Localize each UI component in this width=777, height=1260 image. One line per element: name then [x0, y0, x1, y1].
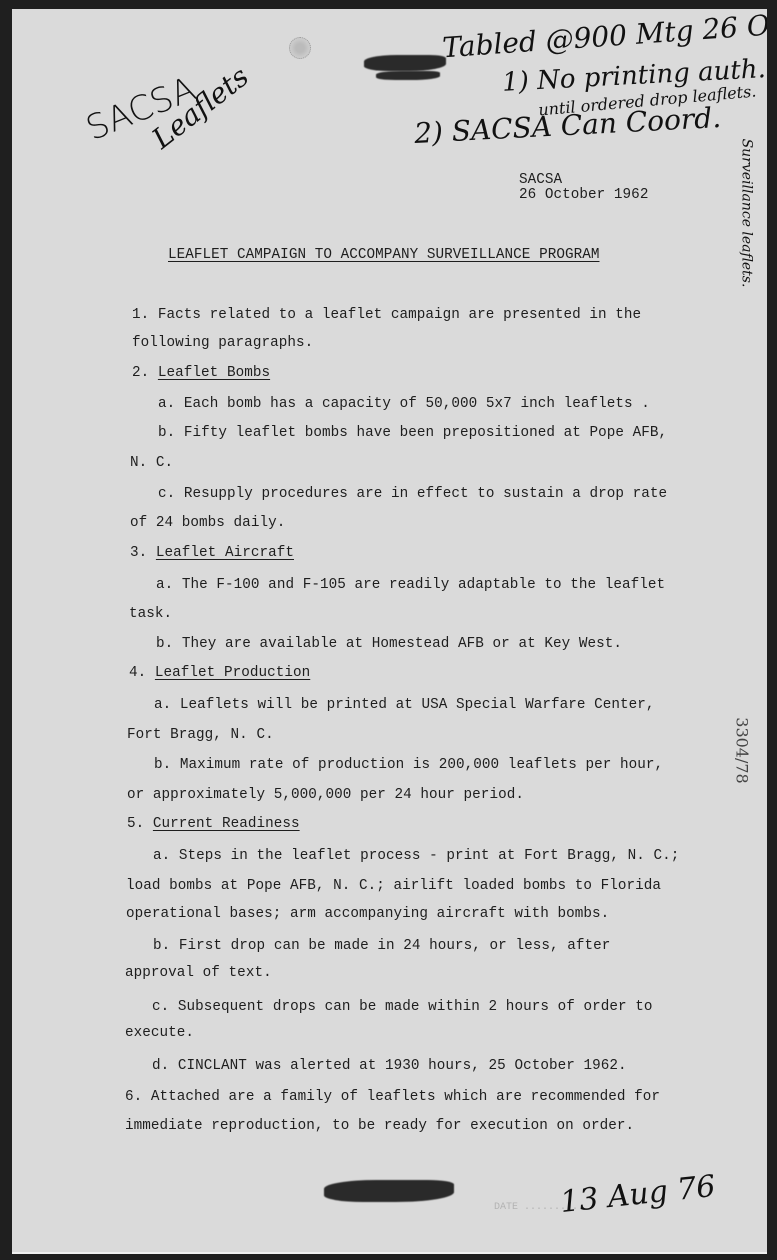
redaction-mark-top-2	[376, 71, 440, 80]
section-title: Leaflet Aircraft	[156, 545, 294, 561]
declassification-stamp-date-label: DATE	[494, 1202, 518, 1213]
para-6-line-1: 6. Attached are a family of leaflets whi…	[125, 1089, 660, 1105]
para-2c-line-2: of 24 bombs daily.	[130, 515, 285, 531]
redaction-mark-top	[364, 55, 446, 71]
section-2-heading: 2. Leaflet Bombs	[132, 365, 270, 381]
para-3b: b. They are available at Homestead AFB o…	[156, 636, 622, 652]
para-2b-line-2: N. C.	[130, 455, 173, 471]
para-2c-line-1: c. Resupply procedures are in effect to …	[158, 486, 667, 502]
handwritten-margin-number: 3304/78	[733, 717, 752, 783]
para-5b-line-2: approval of text.	[125, 965, 272, 981]
section-number: 3.	[130, 545, 147, 561]
section-title: Leaflet Production	[155, 665, 310, 681]
para-1-line-2: following paragraphs.	[132, 335, 313, 351]
section-number: 2.	[132, 365, 149, 381]
punch-hole-mark	[289, 37, 311, 59]
document-title: LEAFLET CAMPAIGN TO ACCOMPANY SURVEILLAN…	[168, 247, 599, 263]
para-6-line-2: immediate reproduction, to be ready for …	[125, 1118, 634, 1134]
section-number: 4.	[129, 665, 146, 681]
para-2a: a. Each bomb has a capacity of 50,000 5x…	[158, 396, 650, 412]
para-4b-line-2: or approximately 5,000,000 per 24 hour p…	[127, 787, 524, 803]
section-3-heading: 3. Leaflet Aircraft	[130, 545, 294, 561]
para-3a-line-1: a. The F-100 and F-105 are readily adapt…	[156, 577, 665, 593]
document-page: SACSA Leaflets Tabled @900 Mtg 26 Oct 1)…	[12, 9, 767, 1254]
header-date: 26 October 1962	[519, 187, 648, 203]
para-4b-line-1: b. Maximum rate of production is 200,000…	[154, 757, 663, 773]
para-2b-line-1: b. Fifty leaflet bombs have been preposi…	[158, 425, 667, 441]
header-office: SACSA	[519, 172, 562, 188]
section-4-heading: 4. Leaflet Production	[129, 665, 310, 681]
para-4a-line-1: a. Leaflets will be printed at USA Speci…	[154, 697, 655, 713]
para-5c-line-2: execute.	[125, 1025, 194, 1041]
redaction-mark-bottom	[324, 1180, 454, 1202]
para-5d: d. CINCLANT was alerted at 1930 hours, 2…	[152, 1058, 627, 1074]
section-title: Leaflet Bombs	[158, 365, 270, 381]
section-number: 5.	[127, 816, 144, 832]
para-4a-line-2: Fort Bragg, N. C.	[127, 727, 274, 743]
para-5c-line-1: c. Subsequent drops can be made within 2…	[152, 999, 653, 1015]
para-1-line-1: 1. Facts related to a leaflet campaign a…	[132, 307, 641, 323]
section-title: Current Readiness	[153, 816, 300, 832]
para-5a-line-1: a. Steps in the leaflet process - print …	[153, 848, 679, 864]
section-5-heading: 5. Current Readiness	[127, 816, 300, 832]
para-5b-line-1: b. First drop can be made in 24 hours, o…	[153, 938, 610, 954]
para-5a-line-2: load bombs at Pope AFB, N. C.; airlift l…	[126, 878, 661, 894]
para-5a-line-3: operational bases; arm accompanying airc…	[126, 906, 609, 922]
handwritten-margin-surveillance: Surveillance leaflets.	[738, 139, 754, 288]
handwritten-bottom-date: 13 Aug 76	[559, 1169, 717, 1220]
handwritten-sacsa-coord: 2) SACSA Can Coord.	[413, 101, 721, 150]
para-3a-line-2: task.	[129, 606, 172, 622]
